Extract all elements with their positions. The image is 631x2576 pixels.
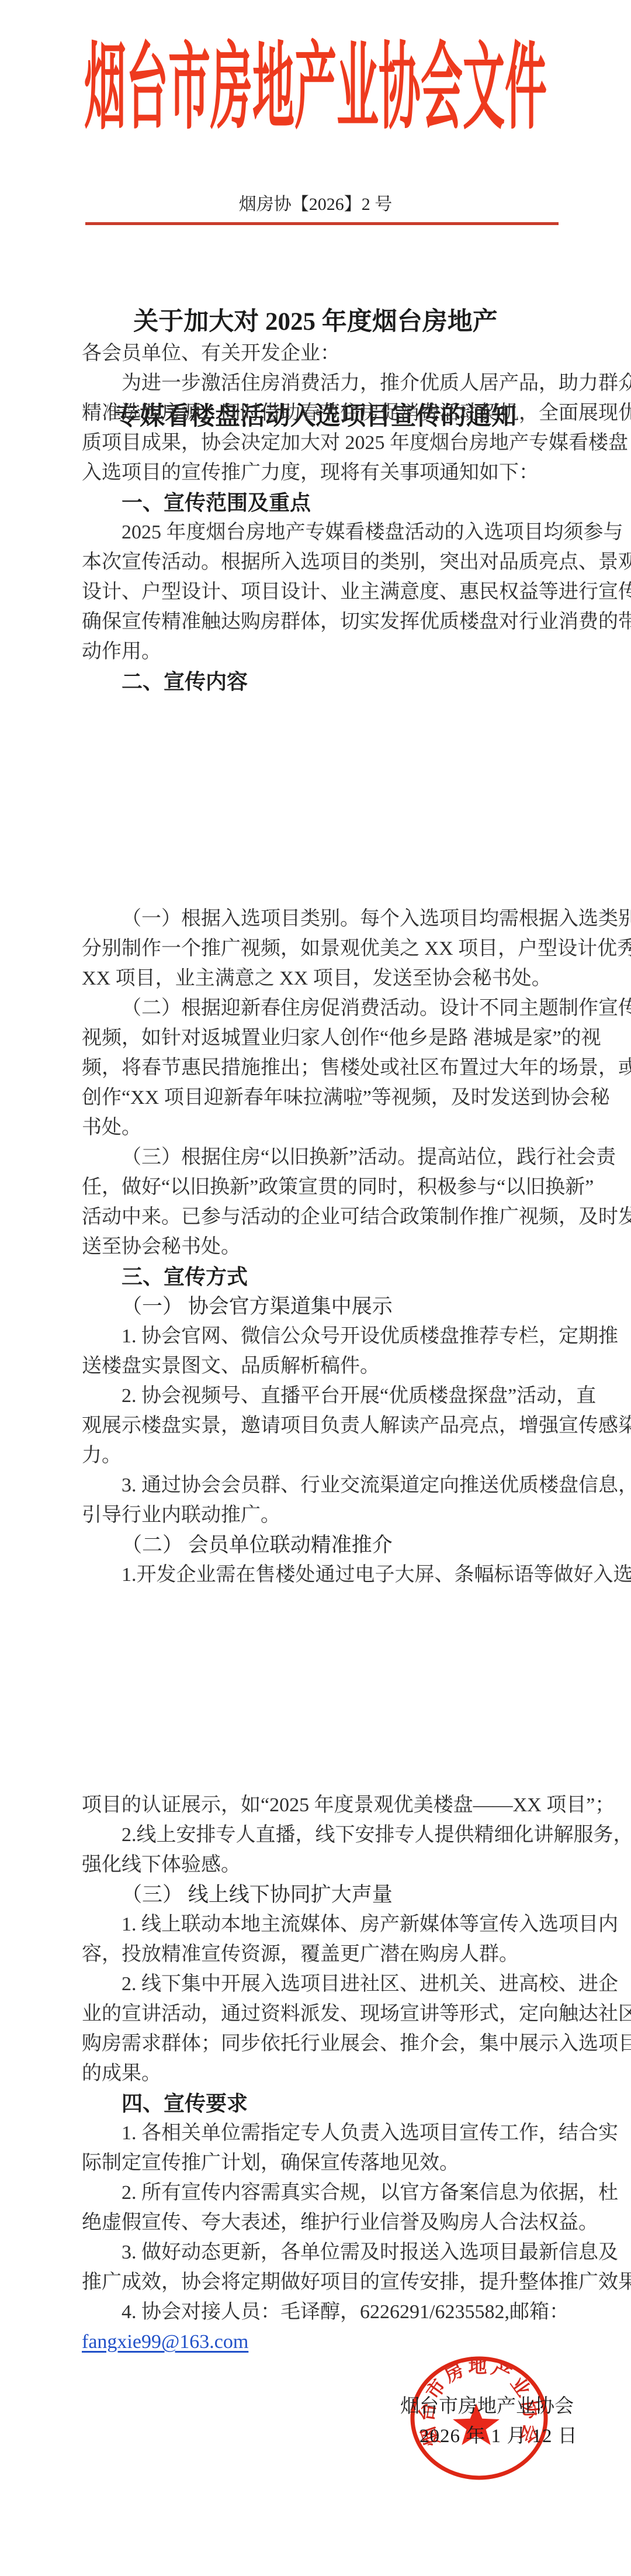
document-line: 精准选购房源，同时借助春节住房促消费活动契机，全面展现优 (82, 398, 608, 428)
document-line: 2. 协会视频号、直播平台开展“优质楼盘探盘”活动，直 (82, 1381, 608, 1411)
document-line: 书处。 (82, 1113, 608, 1142)
document-line: 绝虚假宣传、夸大表述，维护行业信誉及购房人合法权益。 (82, 2208, 608, 2237)
document-line: 际制定宣传推广计划，确保宣传落地见效。 (82, 2148, 608, 2178)
document-line: 一、宣传范围及重点 (82, 488, 608, 517)
association-seal: 烟台市房地产业协会 (409, 2355, 549, 2481)
document-line: 观展示楼盘实景，邀请项目负责人解读产品亮点，增强宣传感染 (82, 1411, 608, 1441)
document-line: 频，将春节惠民措施推出；售楼处或社区布置过大年的场景，或 (82, 1053, 608, 1083)
document-line: 活动中来。已参与活动的企业可结合政策制作推广视频，及时发 (82, 1202, 608, 1232)
document-line: 视频，如针对返城置业归家人创作“他乡是路 港城是家”的视 (82, 1023, 608, 1053)
document-line: 三、宣传方式 (82, 1262, 608, 1292)
document-line: 2. 所有宣传内容需真实合规，以官方备案信息为依据，杜 (82, 2178, 608, 2208)
document-line: 容，投放精准宣传资源，覆盖更广潜在购房人群。 (82, 1939, 608, 1969)
document-line: 入选项目的宣传推广力度，现将有关事项通知如下： (82, 458, 608, 488)
document-line: （三） 线上线下协同扩大声量 (82, 1880, 608, 1909)
document-line: 确保宣传精准触达购房群体，切实发挥优质楼盘对行业消费的带 (82, 607, 608, 637)
document-line: 分别制作一个推广视频，如景观优美之 XX 项目，户型设计优秀之 (82, 934, 608, 964)
document-line: 本次宣传活动。根据所入选项目的类别，突出对品质亮点、景观 (82, 547, 608, 577)
document-line: 推广成效，协会将定期做好项目的宣传安排，提升整体推广效果。 (82, 2267, 608, 2297)
page-root: 烟台市房地产业协会文件 烟房协【2026】2 号 关于加大对 2025 年度烟台… (0, 0, 631, 2576)
document-line: （二） 会员单位联动精准推介 (82, 1530, 608, 1560)
document-line: 1. 协会官网、微信公众号开设优质楼盘推荐专栏，定期推 (82, 1321, 608, 1351)
document-line: 1.开发企业需在售楼处通过电子大屏、条幅标语等做好入选 (82, 1560, 608, 1590)
document-line: 力。 (82, 1441, 608, 1470)
document-line: （二）根据迎新春住房促消费活动。设计不同主题制作宣传 (82, 993, 608, 1023)
document-line: （三）根据住房“以旧换新”活动。提高站位，践行社会责 (82, 1142, 608, 1172)
document-line: （一） 协会官方渠道集中展示 (82, 1292, 608, 1321)
signature-date: 2026 年 1 月 12 日 (419, 2426, 578, 2447)
document-line: 购房需求群体；同步依托行业展会、推介会，集中展示入选项目 (82, 2029, 608, 2059)
document-line: 创作“XX 项目迎新春年味拉满啦”等视频，及时发送到协会秘 (82, 1083, 608, 1113)
document-line: 任，做好“以旧换新”政策宣贯的同时，积极参与“以旧换新” (82, 1172, 608, 1202)
document-line: 引导行业内联动推广。 (82, 1500, 608, 1530)
document-line: 2. 线下集中开展入选项目进社区、进机关、进高校、进企 (82, 1969, 608, 1999)
document-line: 设计、户型设计、项目设计、业主满意度、惠民权益等进行宣传， (82, 577, 608, 607)
document-line: 动作用。 (82, 637, 608, 667)
document-line: 强化线下体验感。 (82, 1850, 608, 1880)
document-line: 2.线上安排专人直播，线下安排专人提供精细化讲解服务， (82, 1820, 608, 1850)
document-line: 送至协会秘书处。 (82, 1232, 608, 1262)
document-line: 1. 各相关单位需指定专人负责入选项目宣传工作，结合实 (82, 2118, 608, 2148)
document-line: 送楼盘实景图文、品质解析稿件。 (82, 1351, 608, 1381)
document-line: （一）根据入选项目类别。每个入选项目均需根据入选类别 (82, 904, 608, 934)
text-block: 项目的认证展示，如“2025 年度景观优美楼盘——XX 项目”；2.线上安排专人… (82, 1790, 608, 2357)
email-link[interactable]: fangxie99@163.com (82, 2327, 608, 2357)
document-line: 1. 线上联动本地主流媒体、房产新媒体等宣传入选项目内 (82, 1909, 608, 1939)
red-divider (85, 222, 559, 225)
document-line: 二、宣传内容 (82, 667, 608, 696)
document-line: 4. 协会对接人员：毛译醇，6226291/6235582,邮箱： (82, 2297, 608, 2327)
document-line: 质项目成果，协会决定加大对 2025 年度烟台房地产专媒看楼盘 (82, 428, 608, 458)
document-line: 2025 年度烟台房地产专媒看楼盘活动的入选项目均须参与 (82, 517, 608, 547)
doc-number: 烟房协【2026】2 号 (0, 193, 631, 216)
document-line: 的成果。 (82, 2059, 608, 2088)
text-block: 各会员单位、有关开发企业：为进一步激活住房消费活力，推介优质人居产品，助力群众精… (82, 339, 608, 696)
document-line: 四、宣传要求 (82, 2088, 608, 2118)
document-line: 业的宣讲活动，通过资料派发、现场宣讲等形式，定向触达社区 (82, 1999, 608, 2029)
document-line: 各会员单位、有关开发企业： (82, 339, 608, 368)
document-title-line1: 关于加大对 2025 年度烟台房地产 (0, 306, 631, 338)
document-line: XX 项目，业主满意之 XX 项目，发送至协会秘书处。 (82, 964, 608, 993)
red-banner-title: 烟台市房地产业协会文件 (0, 62, 631, 115)
red-banner-text: 烟台市房地产业协会文件 (84, 29, 547, 148)
text-block: （一）根据入选项目类别。每个入选项目均需根据入选类别分别制作一个推广视频，如景观… (82, 904, 608, 1590)
document-line: 3. 做好动态更新，各单位需及时报送入选项目最新信息及 (82, 2237, 608, 2267)
document-line: 为进一步激活住房消费活力，推介优质人居产品，助力群众 (82, 368, 608, 398)
document-line: 项目的认证展示，如“2025 年度景观优美楼盘——XX 项目”； (82, 1790, 608, 1820)
document-line: 3. 通过协会会员群、行业交流渠道定向推送优质楼盘信息， (82, 1470, 608, 1500)
signature-name: 烟台市房地产业协会 (400, 2396, 574, 2417)
